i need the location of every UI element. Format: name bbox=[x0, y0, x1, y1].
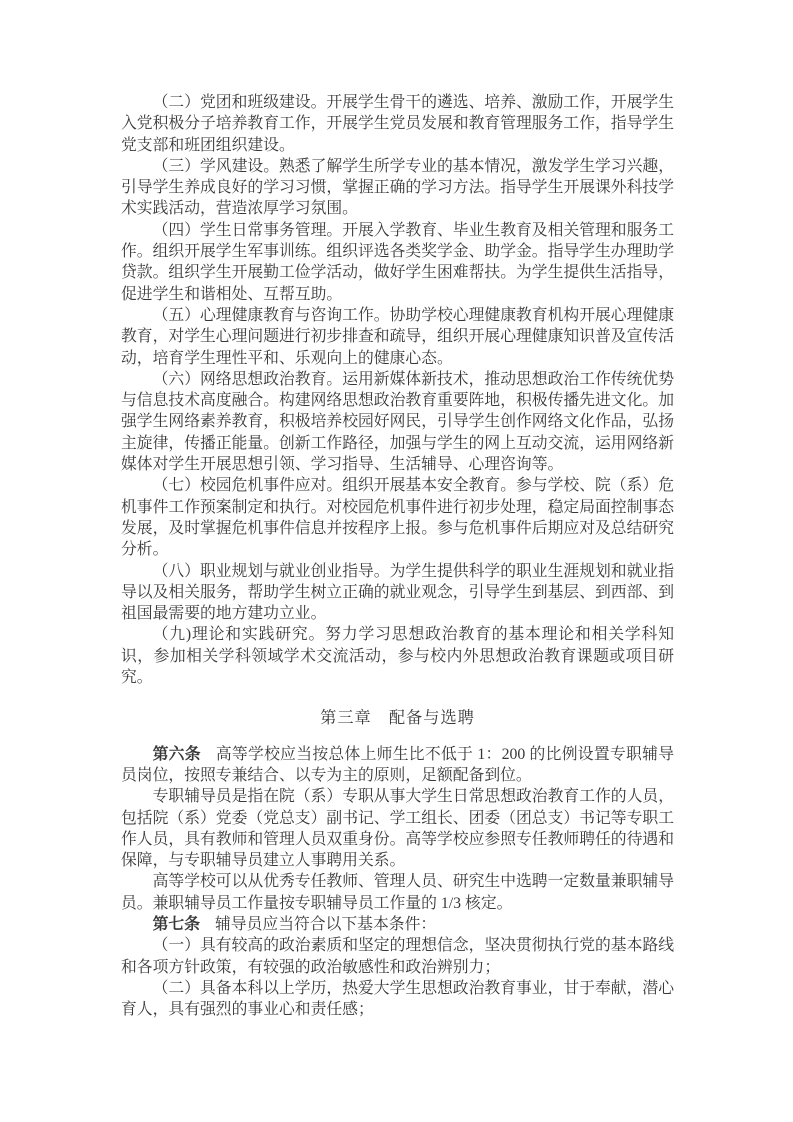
paragraph-article-6: 第六条高等学校应当按总体上师生比不低于 1：200 的比例设置专职辅导员岗位，按… bbox=[121, 744, 674, 787]
paragraph-clause-8: （八）职业规划与就业创业指导。为学生提供科学的职业生涯规划和就业指导以及相关服务… bbox=[121, 561, 674, 625]
paragraph-clause-7: （七）校园危机事件应对。组织开展基本安全教育。参与学校、院（系）危机事件工作预案… bbox=[121, 475, 674, 560]
paragraph-article-7-item-1: （一）具有较高的政治素质和坚定的理想信念，坚决贯彻执行党的基本路线和各项方针政策… bbox=[121, 935, 674, 978]
paragraph-article-6-p3: 高等学校可以从优秀专任教师、管理人员、研究生中选聘一定数量兼职辅导员。兼职辅导员… bbox=[121, 871, 674, 914]
paragraph-article-6-p2: 专职辅导员是指在院（系）专职从事大学生日常思想政治教育工作的人员，包括院（系）党… bbox=[121, 786, 674, 871]
paragraph-clause-5: （五）心理健康教育与咨询工作。协助学校心理健康教育机构开展心理健康教育，对学生心… bbox=[121, 305, 674, 369]
paragraph-article-7-item-2: （二）具备本科以上学历，热爱大学生思想政治教育事业，甘于奉献，潜心育人，具有强烈… bbox=[121, 978, 674, 1021]
article-6-text: 高等学校应当按总体上师生比不低于 1：200 的比例设置专职辅导员岗位，按照专兼… bbox=[121, 746, 674, 784]
paragraph-clause-2: （二）党团和班级建设。开展学生骨干的遴选、培养、激励工作，开展学生入党积极分子培… bbox=[121, 92, 674, 156]
paragraph-clause-9: （九)理论和实践研究。努力学习思想政治教育的基本理论和相关学科知识，参加相关学科… bbox=[121, 624, 674, 688]
paragraph-clause-6: （六）网络思想政治教育。运用新媒体新技术，推动思想政治工作传统优势与信息技术高度… bbox=[121, 369, 674, 475]
article-7-label: 第七条 bbox=[153, 916, 200, 933]
paragraph-article-7: 第七条辅导员应当符合以下基本条件： bbox=[121, 914, 674, 935]
paragraph-clause-4: （四）学生日常事务管理。开展入学教育、毕业生教育及相关管理和服务工作。组织开展学… bbox=[121, 220, 674, 305]
chapter-heading: 第三章 配备与选聘 bbox=[121, 708, 674, 729]
document-content: （二）党团和班级建设。开展学生骨干的遴选、培养、激励工作，开展学生入党积极分子培… bbox=[121, 92, 674, 1020]
article-6-label: 第六条 bbox=[153, 746, 201, 763]
document-page: （二）党团和班级建设。开展学生骨干的遴选、培养、激励工作，开展学生入党积极分子培… bbox=[0, 0, 793, 1122]
paragraph-clause-3: （三）学风建设。熟悉了解学生所学专业的基本情况，激发学生学习兴趣，引导学生养成良… bbox=[121, 156, 674, 220]
article-7-text: 辅导员应当符合以下基本条件： bbox=[215, 916, 436, 933]
